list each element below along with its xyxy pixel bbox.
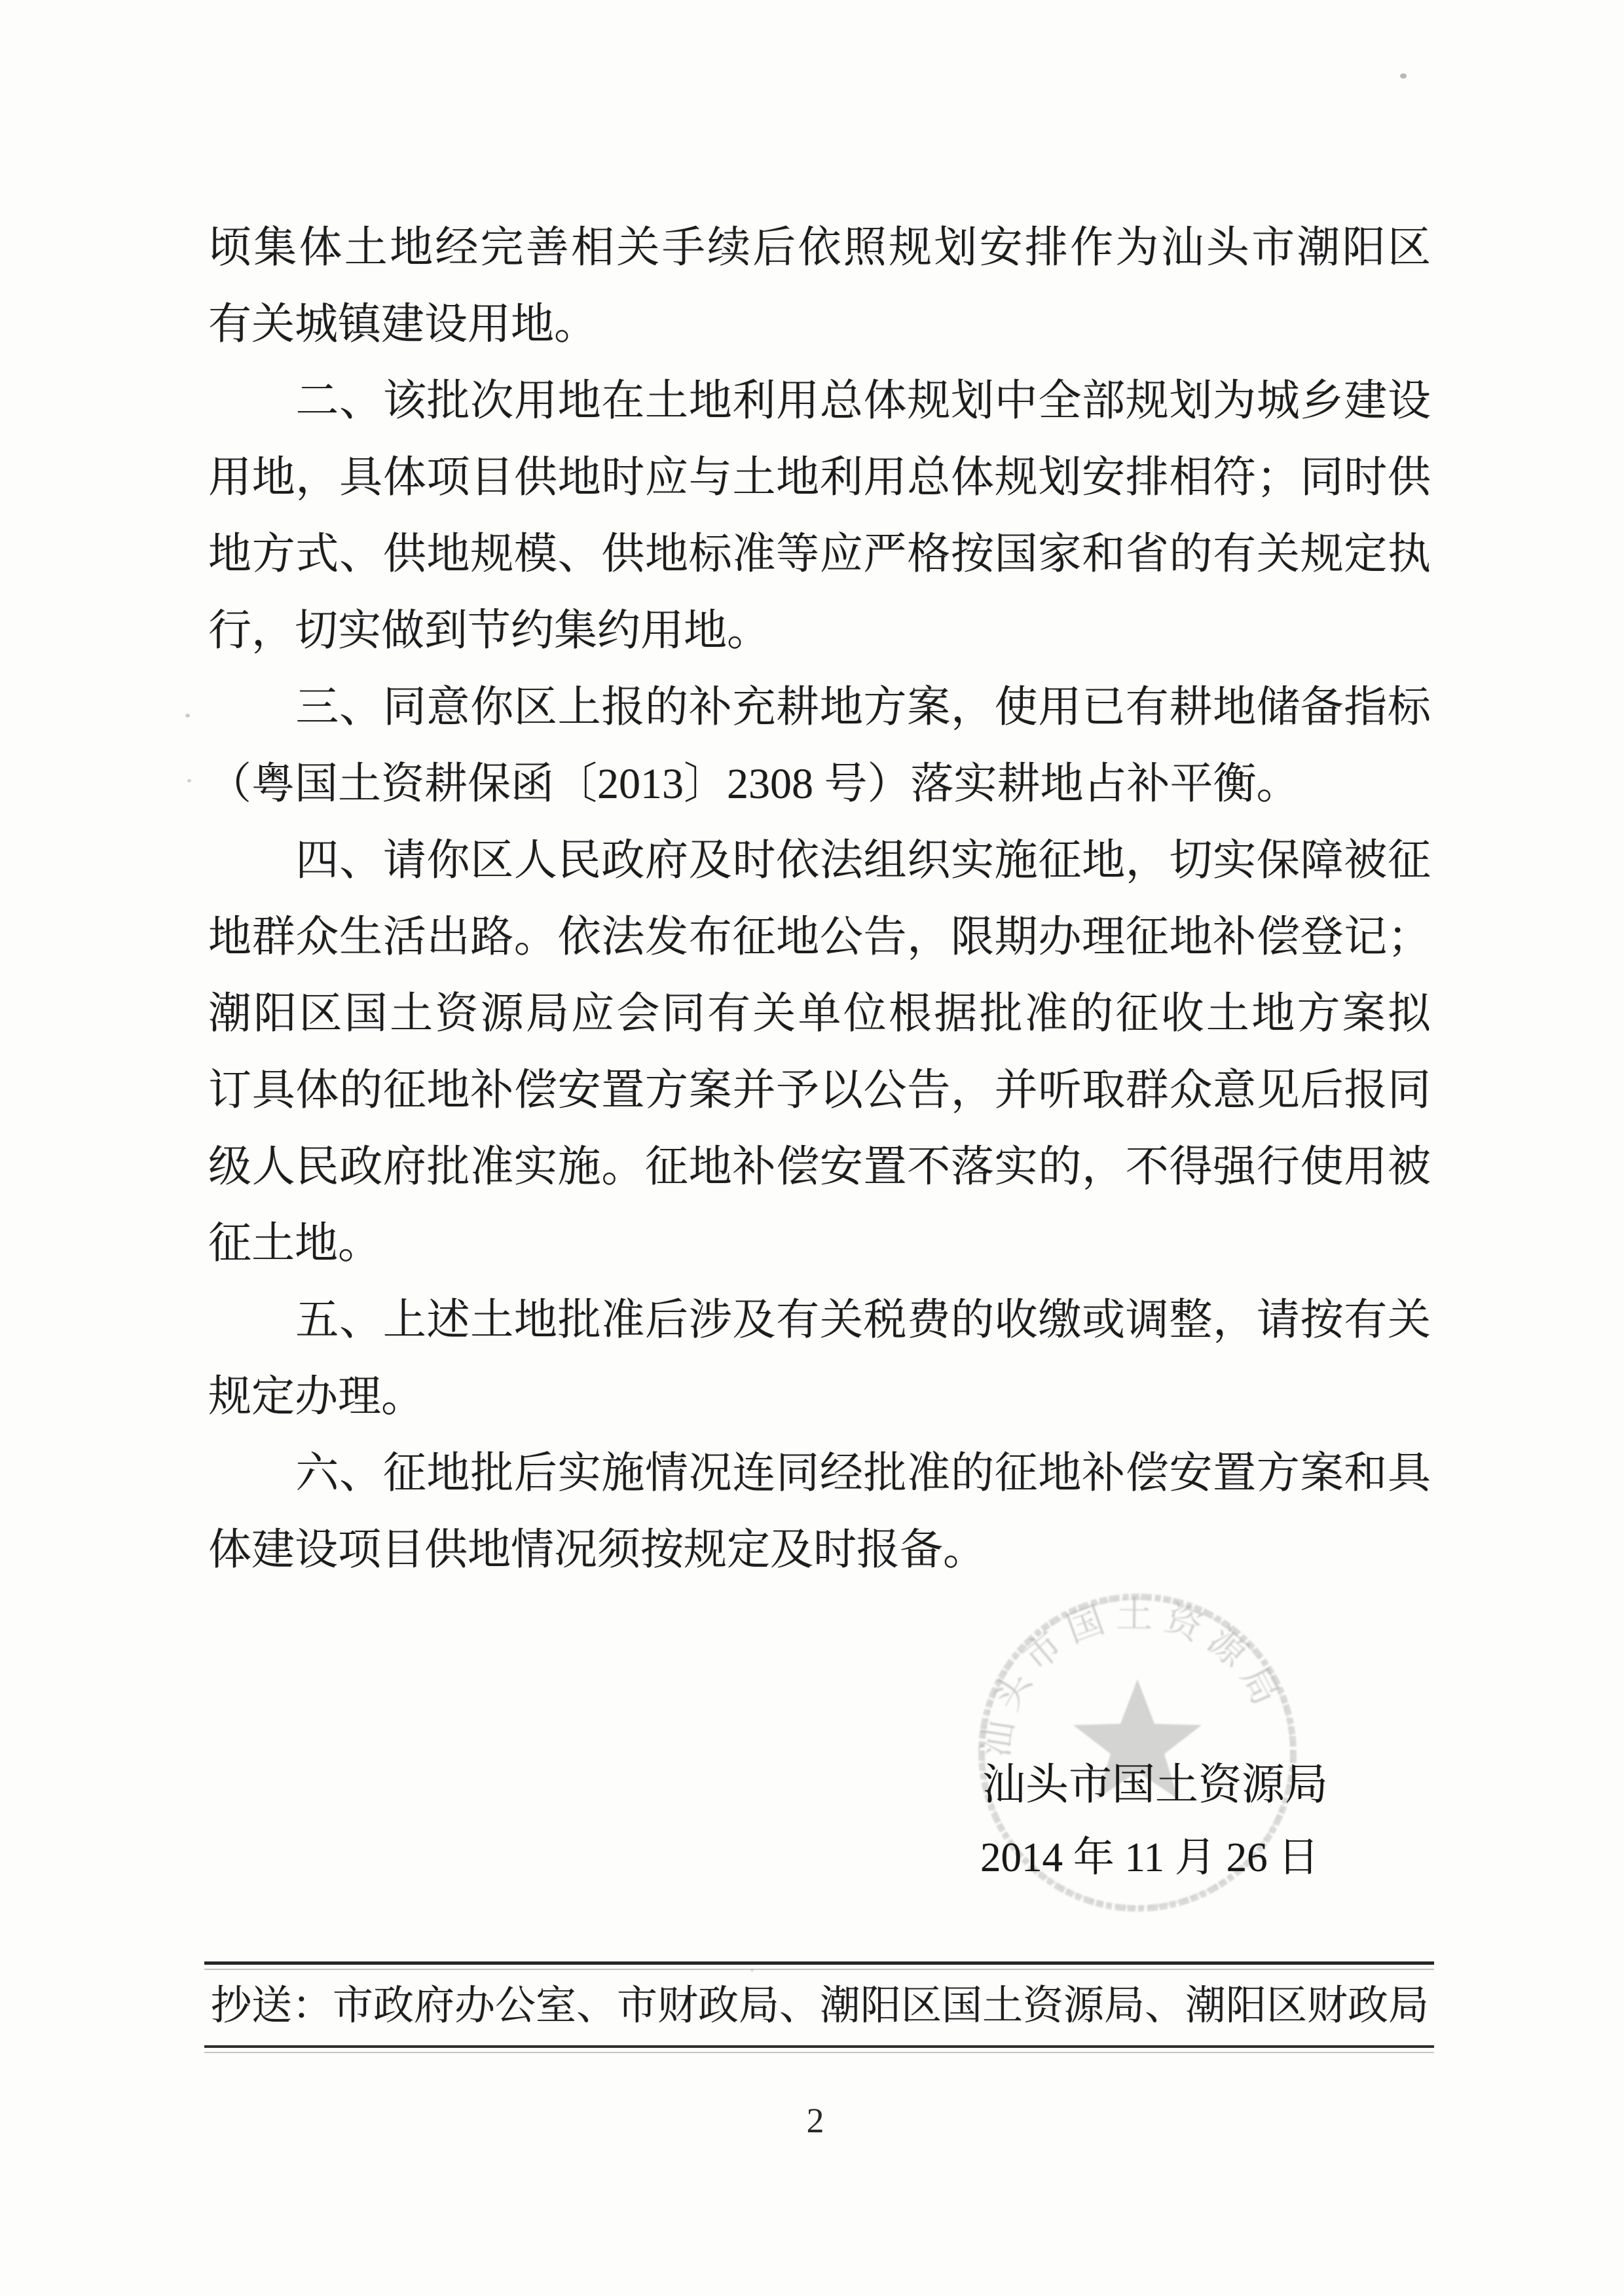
signature-agency: 汕头市国土资源局 [982,1762,1328,1808]
body-line: 二、该批次用地在土地利用总体规划中全部规划为城乡建设 [208,363,1431,439]
body-line: 规定办理。 [208,1358,1431,1435]
scan-speck [185,714,190,718]
body-line: （粤国土资耕保函〔2013〕2308 号）落实耕地占补平衡。 [208,746,1431,822]
footer-rule-bottom [204,2045,1434,2048]
body-line: 顷集体土地经完善相关手续后依照规划安排作为汕头市潮阳区 [208,210,1431,286]
body-line: 潮阳区国土资源局应会同有关单位根据批准的征收土地方案拟 [208,975,1431,1052]
body-line: 有关城镇建设用地。 [208,286,1431,363]
body-line: 地方式、供地规模、供地标准等应严格按国家和省的有关规定执 [208,516,1431,592]
footer-rule-bottom-echo [204,2052,1434,2053]
body-line: 地群众生活出路。依法发布征地公告，限期办理征地补偿登记； [208,899,1431,975]
page-number: 2 [783,2100,848,2141]
document-body: 顷集体土地经完善相关手续后依照规划安排作为汕头市潮阳区 有关城镇建设用地。 二、… [208,210,1431,1588]
signature-date: 2014 年 11 月 26 日 [980,1836,1319,1879]
footer-rule-top [204,1961,1434,1965]
body-line: 四、请你区人民政府及时依法组织实施征地，切实保障被征 [208,822,1431,899]
body-line: 六、征地批后实施情况连同经批准的征地补偿安置方案和具 [208,1435,1431,1512]
body-line: 三、同意你区上报的补充耕地方案，使用已有耕地储备指标 [208,669,1431,746]
footer-cc-line: 抄送：市政府办公室、市财政局、潮阳区国土资源局、潮阳区财政局 [211,1982,1442,2030]
scan-speck [750,1969,754,1972]
body-line: 订具体的征地补偿安置方案并予以公告，并听取群众意见后报同 [208,1052,1431,1129]
footer-rule-top-echo [204,1969,1434,1970]
scan-speck [187,779,191,782]
body-line: 体建设项目供地情况须按规定及时报备。 [208,1512,1431,1588]
body-line: 级人民政府批准实施。征地补偿安置不落实的，不得强行使用被 [208,1129,1431,1205]
body-line: 五、上述土地批准后涉及有关税费的收缴或调整，请按有关 [208,1282,1431,1358]
body-line: 用地，具体项目供地时应与土地利用总体规划安排相符；同时供 [208,439,1431,516]
scanned-document-page: 顷集体土地经完善相关手续后依照规划安排作为汕头市潮阳区 有关城镇建设用地。 二、… [0,0,1624,2296]
body-line: 征土地。 [208,1205,1431,1282]
scan-speck [1400,73,1407,79]
body-line: 行，切实做到节约集约用地。 [208,592,1431,669]
